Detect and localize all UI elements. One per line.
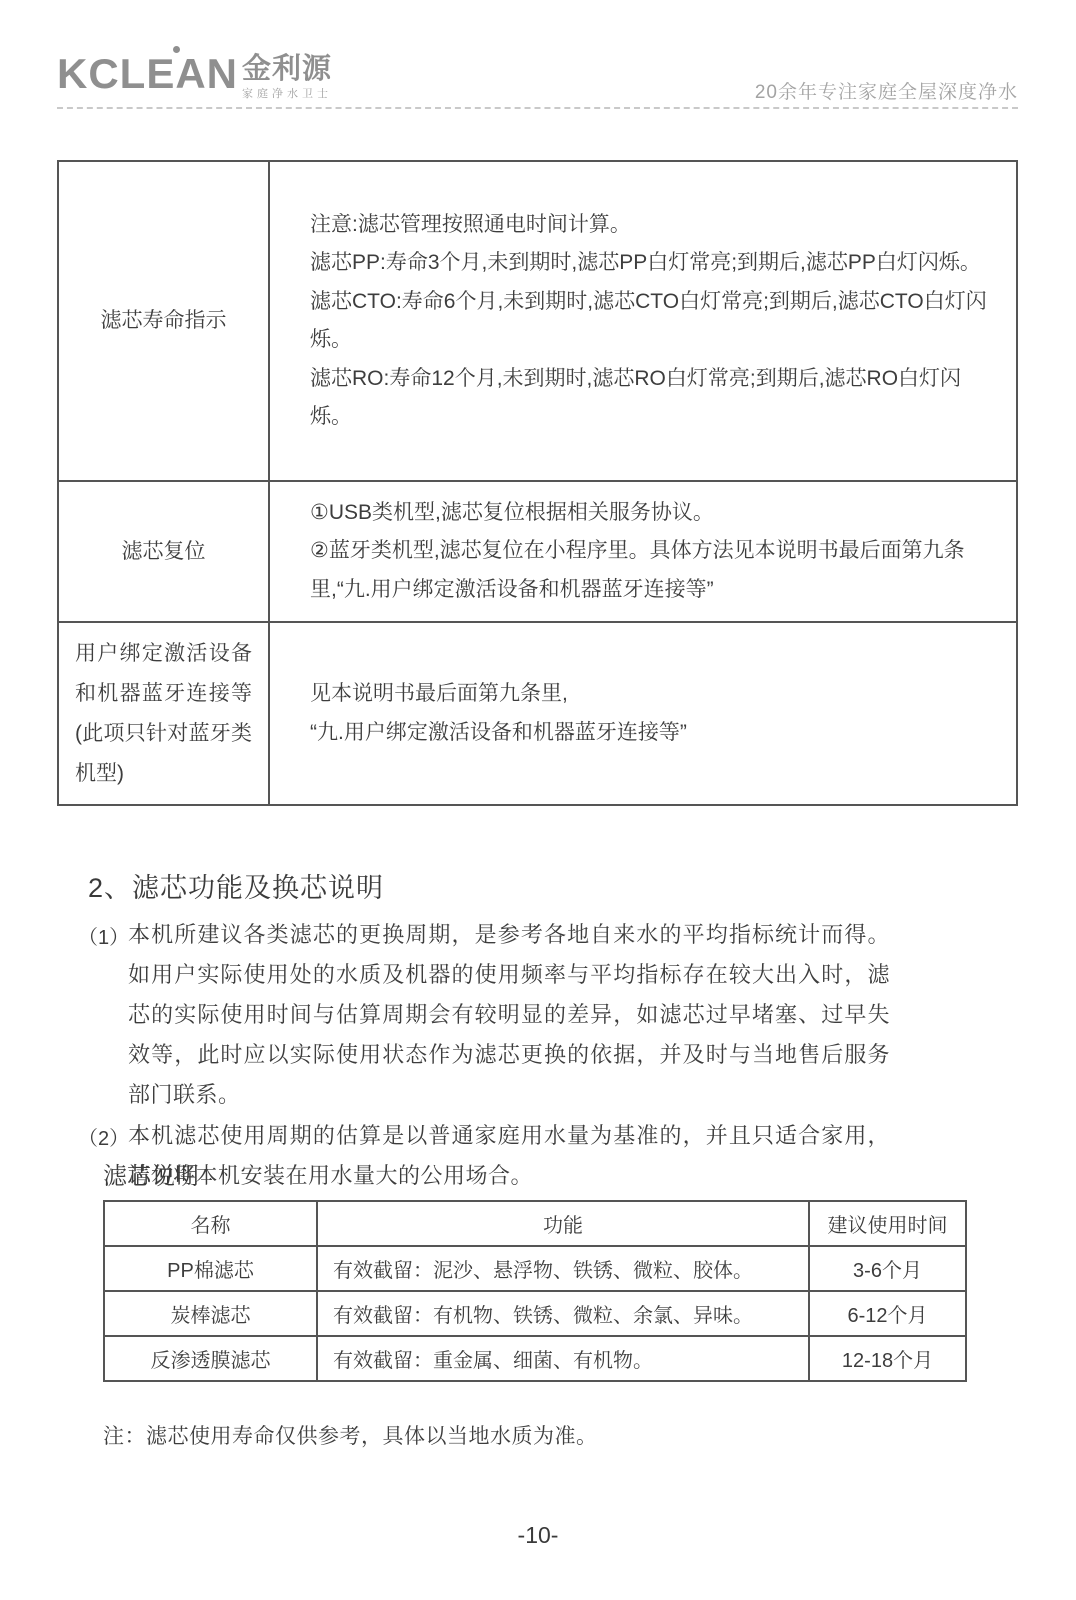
column-header-name: 名称 [104,1201,317,1246]
list-item-text: 本机滤芯使用周期的估算是以普通家庭用水量为基准的，并且只适合家用，请勿将本机安装… [128,1116,890,1196]
table-row: 用户绑定激活设备和机器蓝牙连接等(此项只针对蓝牙类机型) 见本说明书最后面第九条… [59,623,1016,804]
brand-name-cn: 金利源 [242,54,332,84]
brand-logo-chinese: 金利源 家庭净水卫士 [242,54,332,101]
table-row: PP棉滤芯 有效截留：泥沙、悬浮物、铁锈、微粒、胶体。 3-6个月 [104,1246,966,1291]
filter-description-table: 名称 功能 建议使用时间 PP棉滤芯 有效截留：泥沙、悬浮物、铁锈、微粒、胶体。… [103,1200,967,1382]
filter-table-title: 滤芯说明 [103,1156,199,1191]
spec-line: 见本说明书最后面第九条里, [310,675,992,714]
cell-filter-name: 反渗透膜滤芯 [104,1336,317,1381]
column-header-duration: 建议使用时间 [809,1201,966,1246]
header-tagline: 20余年专注家庭全屋深度净水 [755,77,1018,104]
cell-filter-name: 炭棒滤芯 [104,1291,317,1336]
section-title: 2、滤芯功能及换芯说明 [88,866,384,905]
spec-row-label: 滤芯寿命指示 [59,162,270,480]
table-header-row: 名称 功能 建议使用时间 [104,1201,966,1246]
column-header-function: 功能 [317,1201,809,1246]
brand-logo-wordmark: KCLEAN [57,52,238,96]
page-number: -10- [0,1522,1076,1549]
list-item: （1） 本机所建议各类滤芯的更换周期，是参考各地自来水的平均指标统计而得。如用户… [78,915,890,1115]
filter-spec-table: 滤芯寿命指示 注意:滤芯管理按照通电时间计算。 滤芯PP:寿命3个月,未到期时,… [57,160,1018,806]
spec-row-content: ①USB类机型,滤芯复位根据相关服务协议。 ②蓝牙类机型,滤芯复位在小程序里。具… [270,482,1016,621]
spec-line: ①USB类机型,滤芯复位根据相关服务协议。 [310,494,992,533]
cell-filter-function: 有效截留：重金属、细菌、有机物。 [317,1336,809,1381]
cell-filter-duration: 3-6个月 [809,1246,966,1291]
list-item: （2） 本机滤芯使用周期的估算是以普通家庭用水量为基准的，并且只适合家用，请勿将… [78,1116,890,1196]
filter-table-container: 名称 功能 建议使用时间 PP棉滤芯 有效截留：泥沙、悬浮物、铁锈、微粒、胶体。… [103,1200,967,1382]
section-paragraphs: （1） 本机所建议各类滤芯的更换周期，是参考各地自来水的平均指标统计而得。如用户… [78,915,890,1197]
brand-logo: KCLEAN 金利源 家庭净水卫士 [57,52,332,101]
manual-page: KCLEAN 金利源 家庭净水卫士 20余年专注家庭全屋深度净水 滤芯寿命指示 … [0,0,1076,1600]
footnote: 注：滤芯使用寿命仅供参考，具体以当地水质为准。 [103,1420,598,1450]
brand-slogan: 家庭净水卫士 [242,85,332,101]
spec-line: “九.用户绑定激活设备和机器蓝牙连接等” [310,714,992,753]
table-row: 反渗透膜滤芯 有效截留：重金属、细菌、有机物。 12-18个月 [104,1336,966,1381]
table-row: 炭棒滤芯 有效截留：有机物、铁锈、微粒、余氯、异味。 6-12个月 [104,1291,966,1336]
spec-row-content: 见本说明书最后面第九条里, “九.用户绑定激活设备和机器蓝牙连接等” [270,623,1016,804]
table-row: 滤芯复位 ①USB类机型,滤芯复位根据相关服务协议。 ②蓝牙类机型,滤芯复位在小… [59,482,1016,623]
page-header: KCLEAN 金利源 家庭净水卫士 20余年专注家庭全屋深度净水 [57,48,1018,110]
cell-filter-function: 有效截留：泥沙、悬浮物、铁锈、微粒、胶体。 [317,1246,809,1291]
spec-line: ②蓝牙类机型,滤芯复位在小程序里。具体方法见本说明书最后面第九条里,“九.用户绑… [310,532,992,609]
spec-row-label: 滤芯复位 [59,482,270,621]
cell-filter-name: PP棉滤芯 [104,1246,317,1291]
list-item-text: 本机所建议各类滤芯的更换周期，是参考各地自来水的平均指标统计而得。如用户实际使用… [128,915,890,1115]
spec-line: 滤芯RO:寿命12个月,未到期时,滤芯RO白灯常亮;到期后,滤芯RO白灯闪烁。 [310,360,992,437]
spec-line: 滤芯PP:寿命3个月,未到期时,滤芯PP白灯常亮;到期后,滤芯PP白灯闪烁。 [310,244,992,283]
spec-row-label: 用户绑定激活设备和机器蓝牙连接等(此项只针对蓝牙类机型) [59,623,270,804]
spec-line: 注意:滤芯管理按照通电时间计算。 [310,206,992,245]
cell-filter-duration: 12-18个月 [809,1336,966,1381]
cell-filter-duration: 6-12个月 [809,1291,966,1336]
logo-dot-icon [173,46,180,53]
cell-filter-function: 有效截留：有机物、铁锈、微粒、余氯、异味。 [317,1291,809,1336]
header-divider [57,107,1018,109]
table-row: 滤芯寿命指示 注意:滤芯管理按照通电时间计算。 滤芯PP:寿命3个月,未到期时,… [59,162,1016,482]
list-item-number: （1） [78,915,128,1115]
spec-row-content: 注意:滤芯管理按照通电时间计算。 滤芯PP:寿命3个月,未到期时,滤芯PP白灯常… [270,162,1016,480]
brand-logo-text: KCLEAN [57,50,238,97]
spec-line: 滤芯CTO:寿命6个月,未到期时,滤芯CTO白灯常亮;到期后,滤芯CTO白灯闪烁… [310,283,992,360]
